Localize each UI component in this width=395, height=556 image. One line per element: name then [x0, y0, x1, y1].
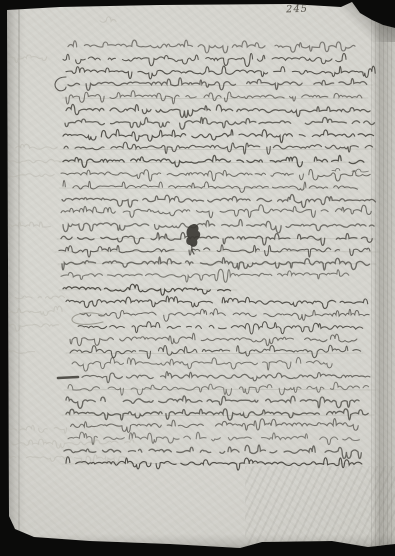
- handwriting-layer: [0, 0, 395, 556]
- manuscript-scan: 245: [0, 0, 395, 556]
- manuscript-page: 245: [0, 0, 395, 556]
- folio-number: 245: [286, 4, 308, 16]
